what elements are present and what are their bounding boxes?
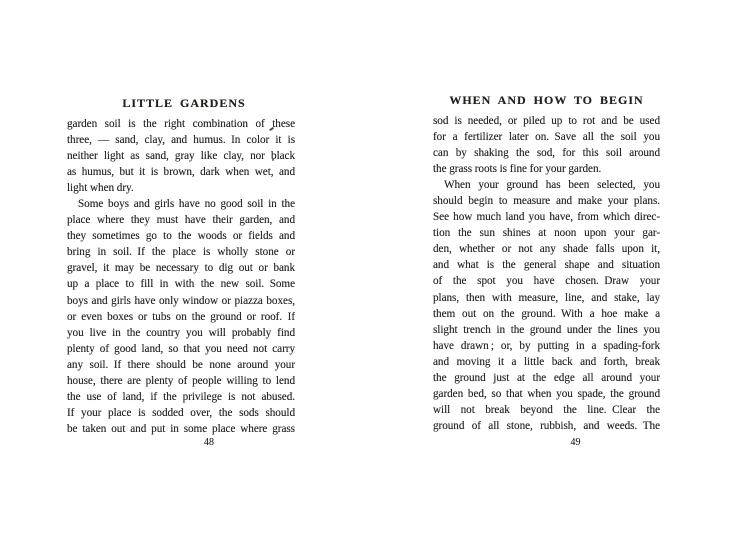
text-line: for a fertilizer later on. Save all the … — [433, 129, 660, 145]
right-page-text-column: sod is needed, or piled up to rot and be… — [433, 113, 660, 434]
text-line: and moving it a little back and forth, b… — [433, 354, 660, 370]
text-line: place where they must have their garden,… — [67, 212, 295, 228]
text-line: can by shaking the sod, for this soil ar… — [433, 145, 660, 161]
running-head-left: LITTLE GARDENS — [70, 96, 298, 111]
text-line: three, — sand, clay, and humus. In color… — [67, 132, 295, 148]
text-line: them out on the ground. With a hoe make … — [433, 306, 660, 322]
text-line: garden soil is the right combination of … — [67, 116, 295, 132]
text-line: house, there are plenty of people willin… — [67, 373, 295, 389]
text-line: neither light as sand, gray like clay, n… — [67, 148, 295, 164]
text-line: have drawn ; or, by putting in a spading… — [433, 338, 660, 354]
text-line: boys and girls have only window or piazz… — [67, 293, 295, 309]
running-head-right: WHEN AND HOW TO BEGIN — [433, 93, 660, 108]
book-spread: LITTLE GARDENS garden soil is the right … — [0, 0, 730, 548]
text-line: of the spot you have chosen. Draw your — [433, 273, 660, 289]
text-line: den, whether or not any shade falls upon… — [433, 241, 660, 257]
left-page: LITTLE GARDENS garden soil is the right … — [67, 0, 295, 548]
text-line: will not break beyond the line. Clear th… — [433, 402, 660, 418]
page-number-right: 49 — [462, 437, 689, 448]
text-line: If your place is sodded over, the sods s… — [67, 405, 295, 421]
text-line: and what is the general shape and situat… — [433, 257, 660, 273]
text-line: you live in the country you will probabl… — [67, 325, 295, 341]
text-line: the ground just at the edge all around y… — [433, 370, 660, 386]
text-line: be taken out and put in some place where… — [67, 421, 295, 437]
text-line: the use of land, if the privilege is not… — [67, 389, 295, 405]
left-page-text-column: garden soil is the right combination of … — [67, 116, 295, 437]
text-line: sod is needed, or piled up to rot and be… — [433, 113, 660, 129]
text-line: When your ground has been selected, you — [433, 177, 660, 193]
text-line: plenty of good land, so that you need no… — [67, 341, 295, 357]
text-line: any soil. If there should be none around… — [67, 357, 295, 373]
text-line: slight trench in the ground under the li… — [433, 322, 660, 338]
text-line: garden bed, so that when you spade, the … — [433, 386, 660, 402]
text-line: plans, then with measure, line, and stak… — [433, 290, 660, 306]
text-line: up a place to fill in with the new soil.… — [67, 276, 295, 292]
text-line: See how much land you have, from which d… — [433, 209, 660, 225]
text-line: bring in soil. If the place is wholly st… — [67, 244, 295, 260]
text-line: should begin to measure and make your pl… — [433, 193, 660, 209]
text-line: ground of all stone, rubbish, and weeds.… — [433, 418, 660, 434]
text-line: they sometimes go to the woods or fields… — [67, 228, 295, 244]
right-page: WHEN AND HOW TO BEGIN sod is needed, or … — [433, 0, 660, 548]
text-line: light when dry. — [67, 180, 295, 196]
text-line: as humus, but it is brown, dark when wet… — [67, 164, 295, 180]
text-line: the grass roots is fine for your garden. — [433, 161, 660, 177]
pencil-mark — [272, 158, 274, 161]
text-line: Some boys and girls have no good soil in… — [67, 196, 295, 212]
text-line: gravel, it may be necessary to dig out o… — [67, 260, 295, 276]
page-number-left: 48 — [95, 437, 323, 448]
text-line: or even boxes or tubs on the ground or r… — [67, 309, 295, 325]
text-line: tion the sun shines at noon upon your ga… — [433, 225, 660, 241]
